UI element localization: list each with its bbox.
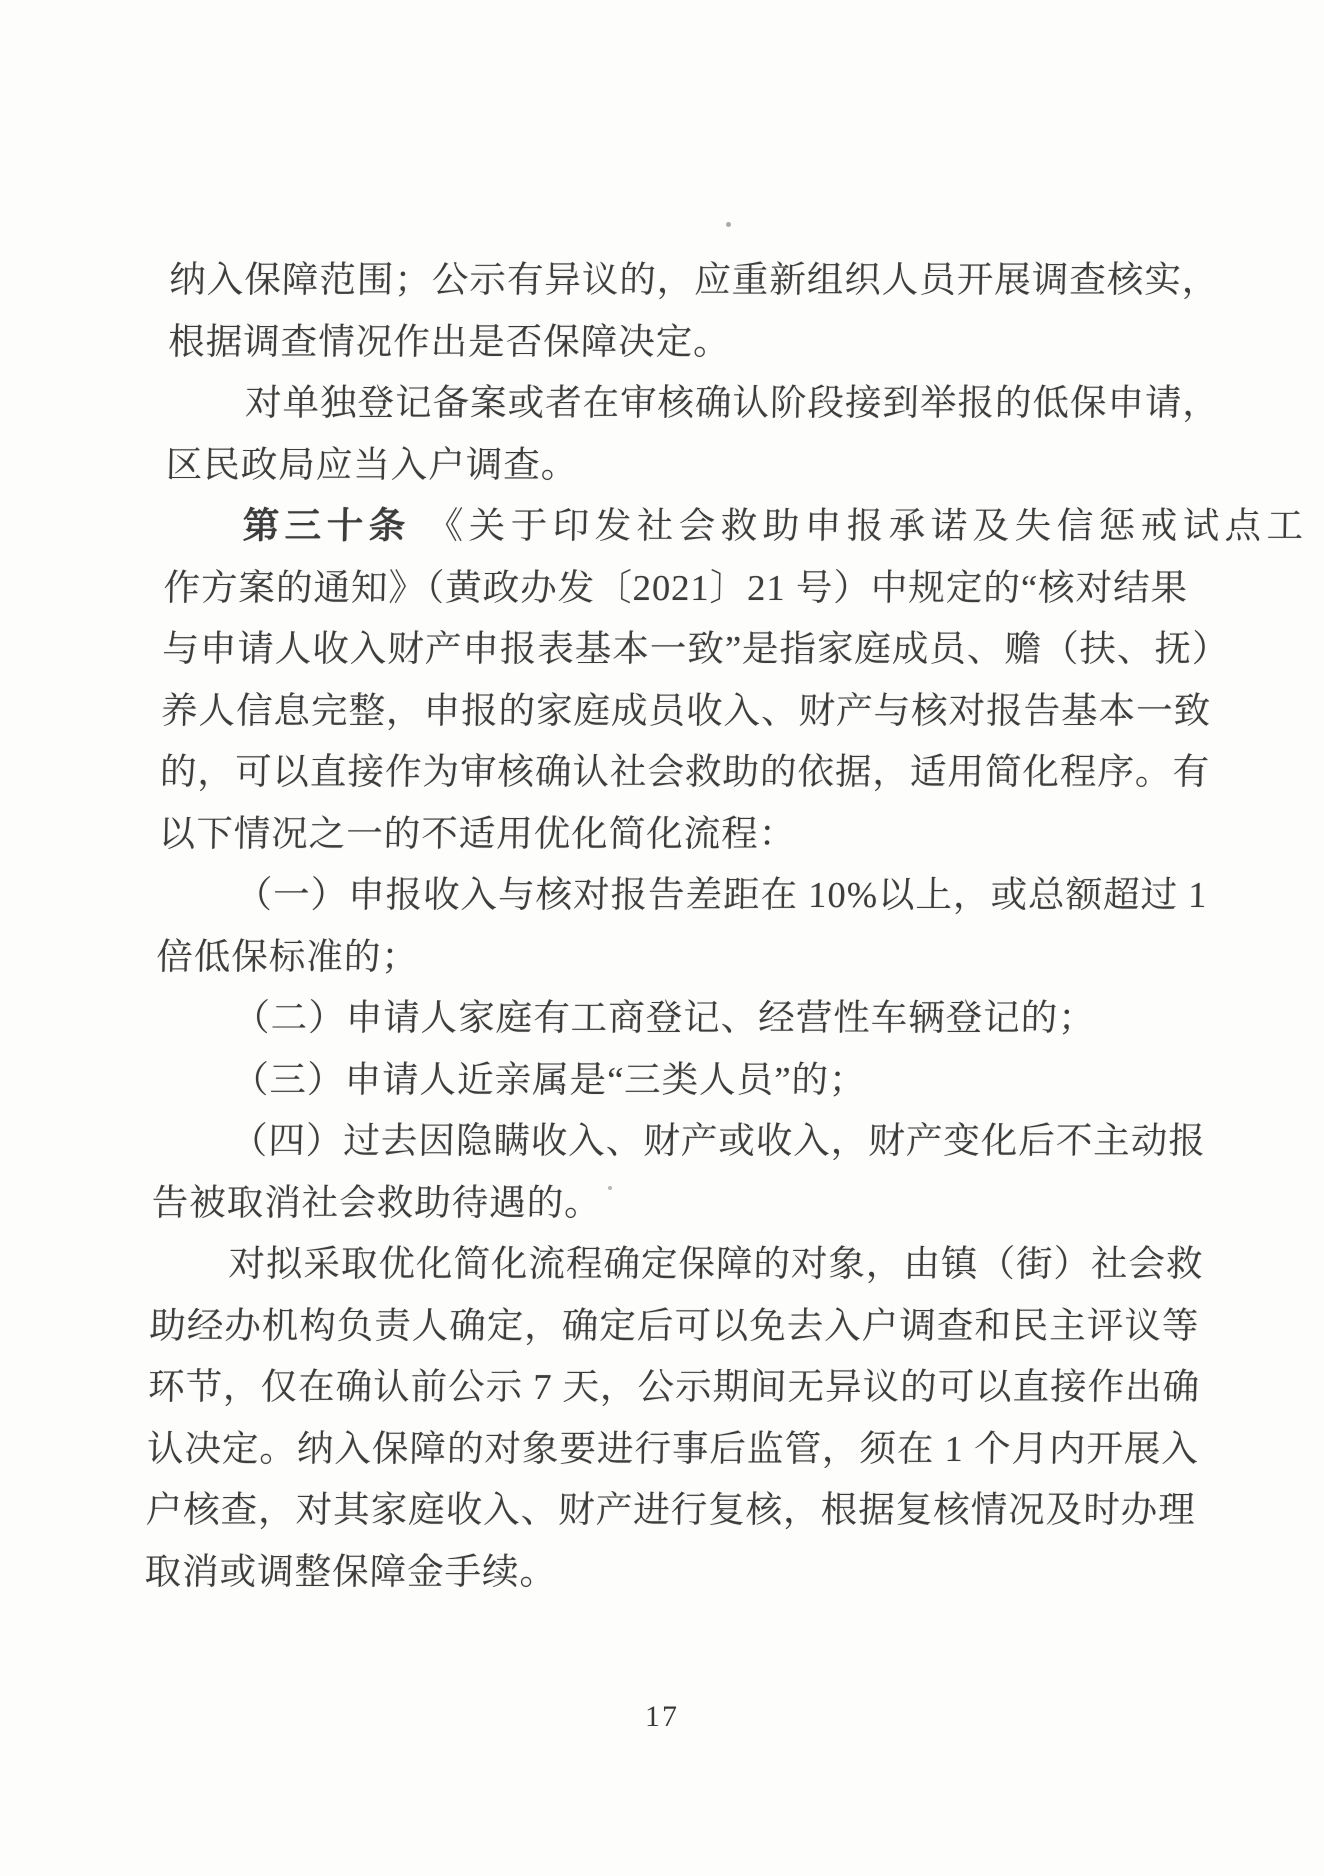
text-line: （一）申报收入与核对报告差距在 10%以上，或总额超过 1 (157, 864, 1198, 926)
text-line: 区民政局应当入户调查。 (165, 434, 1206, 496)
article-number: 第三十条 (242, 505, 411, 546)
text-line: 根据调查情况作出是否保障决定。 (168, 311, 1209, 373)
text-line: 倍低保标准的； (156, 926, 1197, 988)
text-line: 养人信息完整，申报的家庭成员收入、财产与核对报告基本一致 (161, 680, 1202, 742)
text-line: （二）申请人家庭有工商登记、经营性车辆登记的； (155, 987, 1196, 1049)
text-line: 以下情况之一的不适用优化简化流程： (158, 803, 1199, 865)
text-line: 认决定。纳入保障的对象要进行事后监管，须在 1 个月内开展入 (146, 1418, 1187, 1480)
text-line: 的，可以直接作为审核确认社会救助的依据，适用简化程序。有 (159, 741, 1200, 803)
page: 纳入保障范围；公示有异议的，应重新组织人员开展调查核实， 根据调查情况作出是否保… (0, 0, 1324, 1876)
text-line: 取消或调整保障金手续。 (144, 1541, 1185, 1603)
text-line: 环节，仅在确认前公示 7 天，公示期间无异议的可以直接作出确 (148, 1356, 1189, 1418)
text-line: 对拟采取优化简化流程确定保障的对象，由镇（街）社会救 (150, 1233, 1191, 1295)
text-line: （四）过去因隐瞒收入、财产或收入，财产变化后不主动报 (152, 1110, 1193, 1172)
text-line: 第三十条《关于印发社会救助申报承诺及失信惩戒试点工 (164, 495, 1205, 557)
text-line: 户核查，对其家庭收入、财产进行复核，根据复核情况及时办理 (145, 1479, 1186, 1541)
article-title-start: 《关于印发社会救助申报承诺及失信惩戒试点工 (426, 505, 1309, 546)
text-line: 作方案的通知》（黄政办发〔2021〕21 号）中规定的“核对结果 (163, 557, 1204, 619)
text-line: 告被取消社会救助待遇的。 (151, 1172, 1192, 1234)
scan-speck (726, 222, 731, 227)
text-line: 对单独登记备案或者在审核确认阶段接到举报的低保申请， (166, 372, 1207, 434)
text-line: （三）申请人近亲属是“三类人员”的； (153, 1049, 1194, 1111)
text-line: 与申请人收入财产申报表基本一致”是指家庭成员、赡（扶、抚） (162, 618, 1203, 680)
text-line: 纳入保障范围；公示有异议的，应重新组织人员开展调查核实， (169, 249, 1210, 311)
document-body: 纳入保障范围；公示有异议的，应重新组织人员开展调查核实， 根据调查情况作出是否保… (144, 249, 1210, 1602)
page-number: 17 (0, 1700, 1324, 1734)
text-line: 助经办机构负责人确定，确定后可以免去入户调查和民主评议等 (149, 1295, 1190, 1357)
